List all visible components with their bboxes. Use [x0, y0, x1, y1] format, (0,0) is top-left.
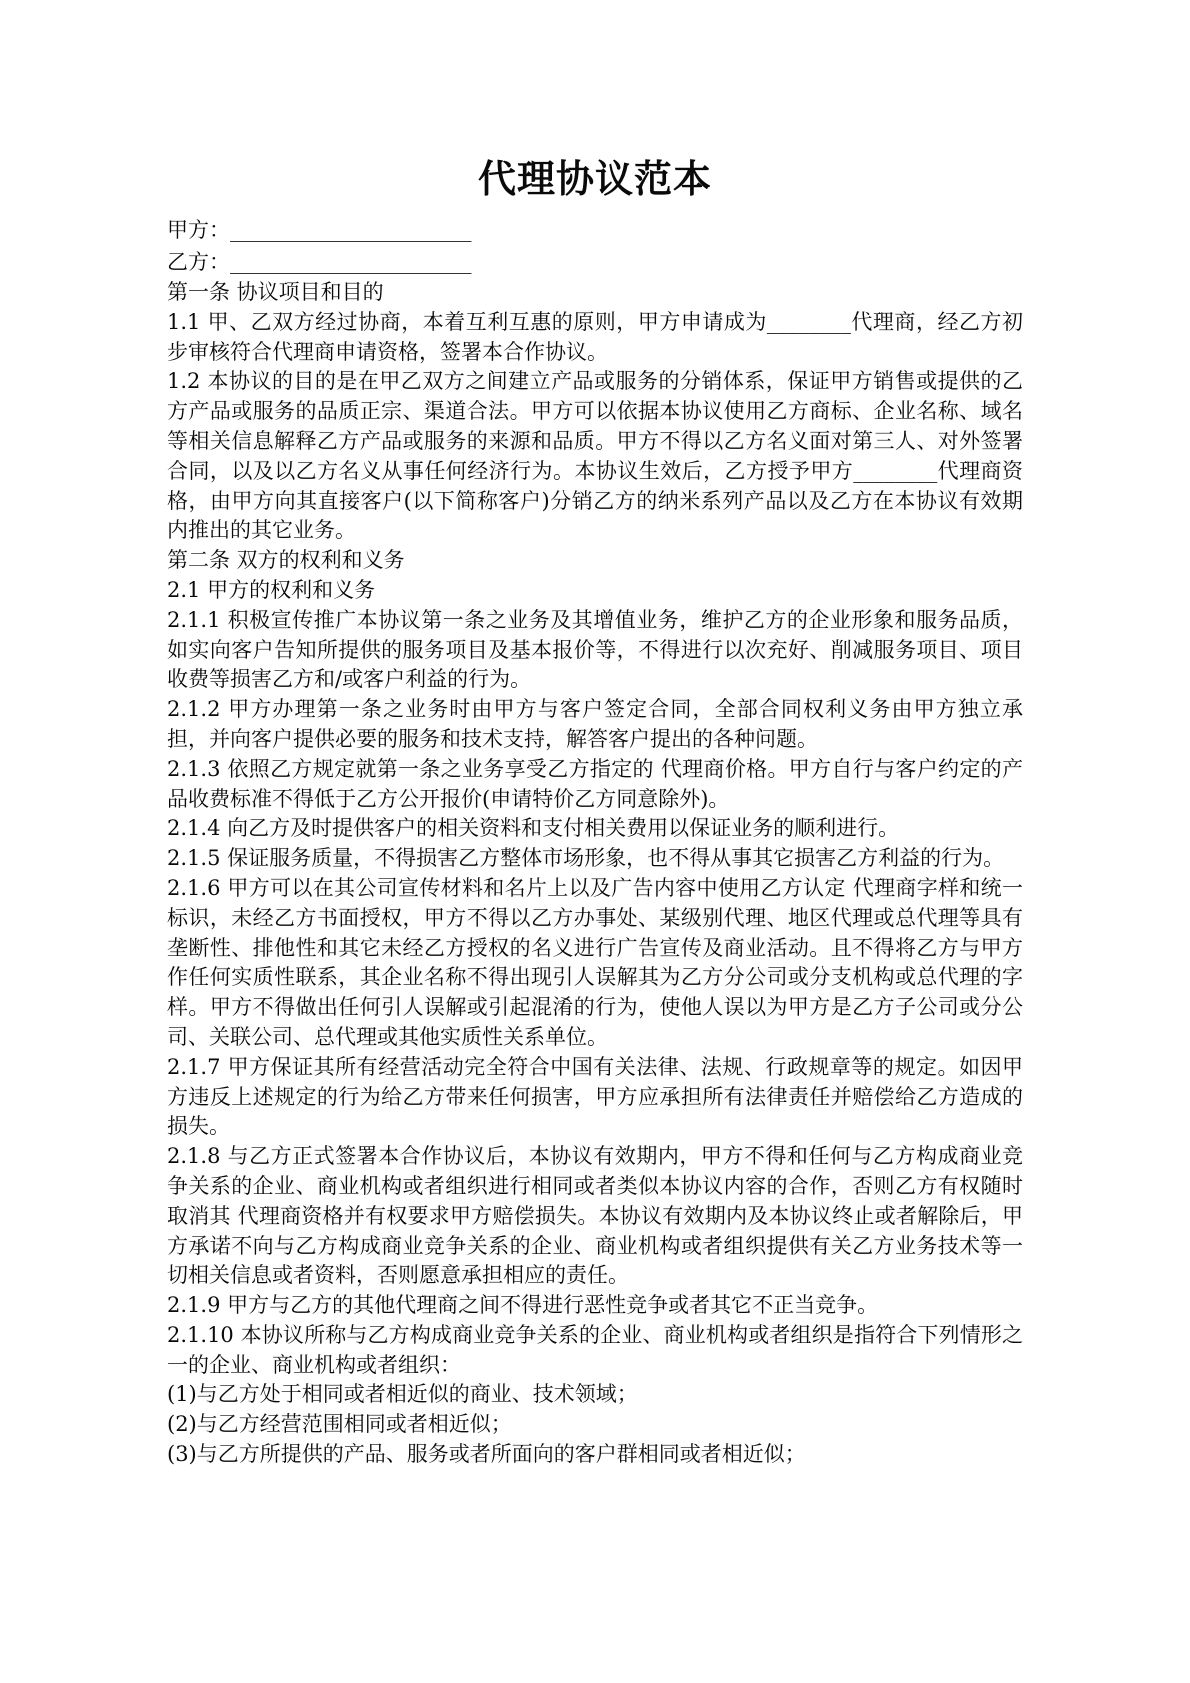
list-item-1: (1)与乙方处于相同或者相近似的商业、技术领域；	[167, 1380, 1023, 1410]
clause-2-1-4: 2.1.4 向乙方及时提供客户的相关资料和支付相关费用以保证业务的顺利进行。	[167, 814, 1023, 844]
document-page: 代理协议范本 甲方：_______________________ 乙方：___…	[0, 0, 1190, 1683]
party-a-label: 甲方：	[167, 218, 230, 242]
article-1-heading: 第一条 协议项目和目的	[167, 278, 1023, 308]
clause-2-1-7: 2.1.7 甲方保证其所有经营活动完全符合中国有关法律、法规、行政规章等的规定。…	[167, 1053, 1023, 1142]
party-a-line: 甲方：_______________________	[167, 214, 1023, 246]
clause-2-1-10: 2.1.10 本协议所称与乙方构成商业竞争关系的企业、商业机构或者组织是指符合下…	[167, 1321, 1023, 1381]
clause-2-1: 2.1 甲方的权利和义务	[167, 576, 1023, 606]
party-b-label: 乙方：	[167, 250, 230, 274]
party-b-line: 乙方：_______________________	[167, 246, 1023, 278]
clause-2-1-3: 2.1.3 依照乙方规定就第一条之业务享受乙方指定的 代理商价格。甲方自行与客户…	[167, 755, 1023, 815]
clause-2-1-6: 2.1.6 甲方可以在其公司宣传材料和名片上以及广告内容中使用乙方认定 代理商字…	[167, 874, 1023, 1053]
clause-2-1-2: 2.1.2 甲方办理第一条之业务时由甲方与客户签定合同，全部合同权利义务由甲方独…	[167, 695, 1023, 755]
clause-2-1-8: 2.1.8 与乙方正式签署本合作协议后，本协议有效期内，甲方不得和任何与乙方构成…	[167, 1142, 1023, 1291]
clause-2-1-5: 2.1.5 保证服务质量，不得损害乙方整体市场形象，也不得从事其它损害乙方利益的…	[167, 844, 1023, 874]
document-title: 代理协议范本	[167, 156, 1023, 202]
article-2-heading: 第二条 双方的权利和义务	[167, 546, 1023, 576]
list-item-2: (2)与乙方经营范围相同或者相近似；	[167, 1410, 1023, 1440]
party-a-blank-field: _______________________	[230, 218, 472, 242]
clause-1-1: 1.1 甲、乙双方经过协商，本着互利互惠的原则，甲方申请成为________代理…	[167, 308, 1023, 368]
party-b-blank-field: _______________________	[230, 250, 472, 274]
list-item-3: (3)与乙方所提供的产品、服务或者所面向的客户群相同或者相近似；	[167, 1440, 1023, 1470]
clause-1-2: 1.2 本协议的目的是在甲乙双方之间建立产品或服务的分销体系，保证甲方销售或提供…	[167, 367, 1023, 546]
clause-2-1-1: 2.1.1 积极宣传推广本协议第一条之业务及其增值业务，维护乙方的企业形象和服务…	[167, 606, 1023, 695]
clause-2-1-9: 2.1.9 甲方与乙方的其他代理商之间不得进行恶性竞争或者其它不正当竞争。	[167, 1291, 1023, 1321]
